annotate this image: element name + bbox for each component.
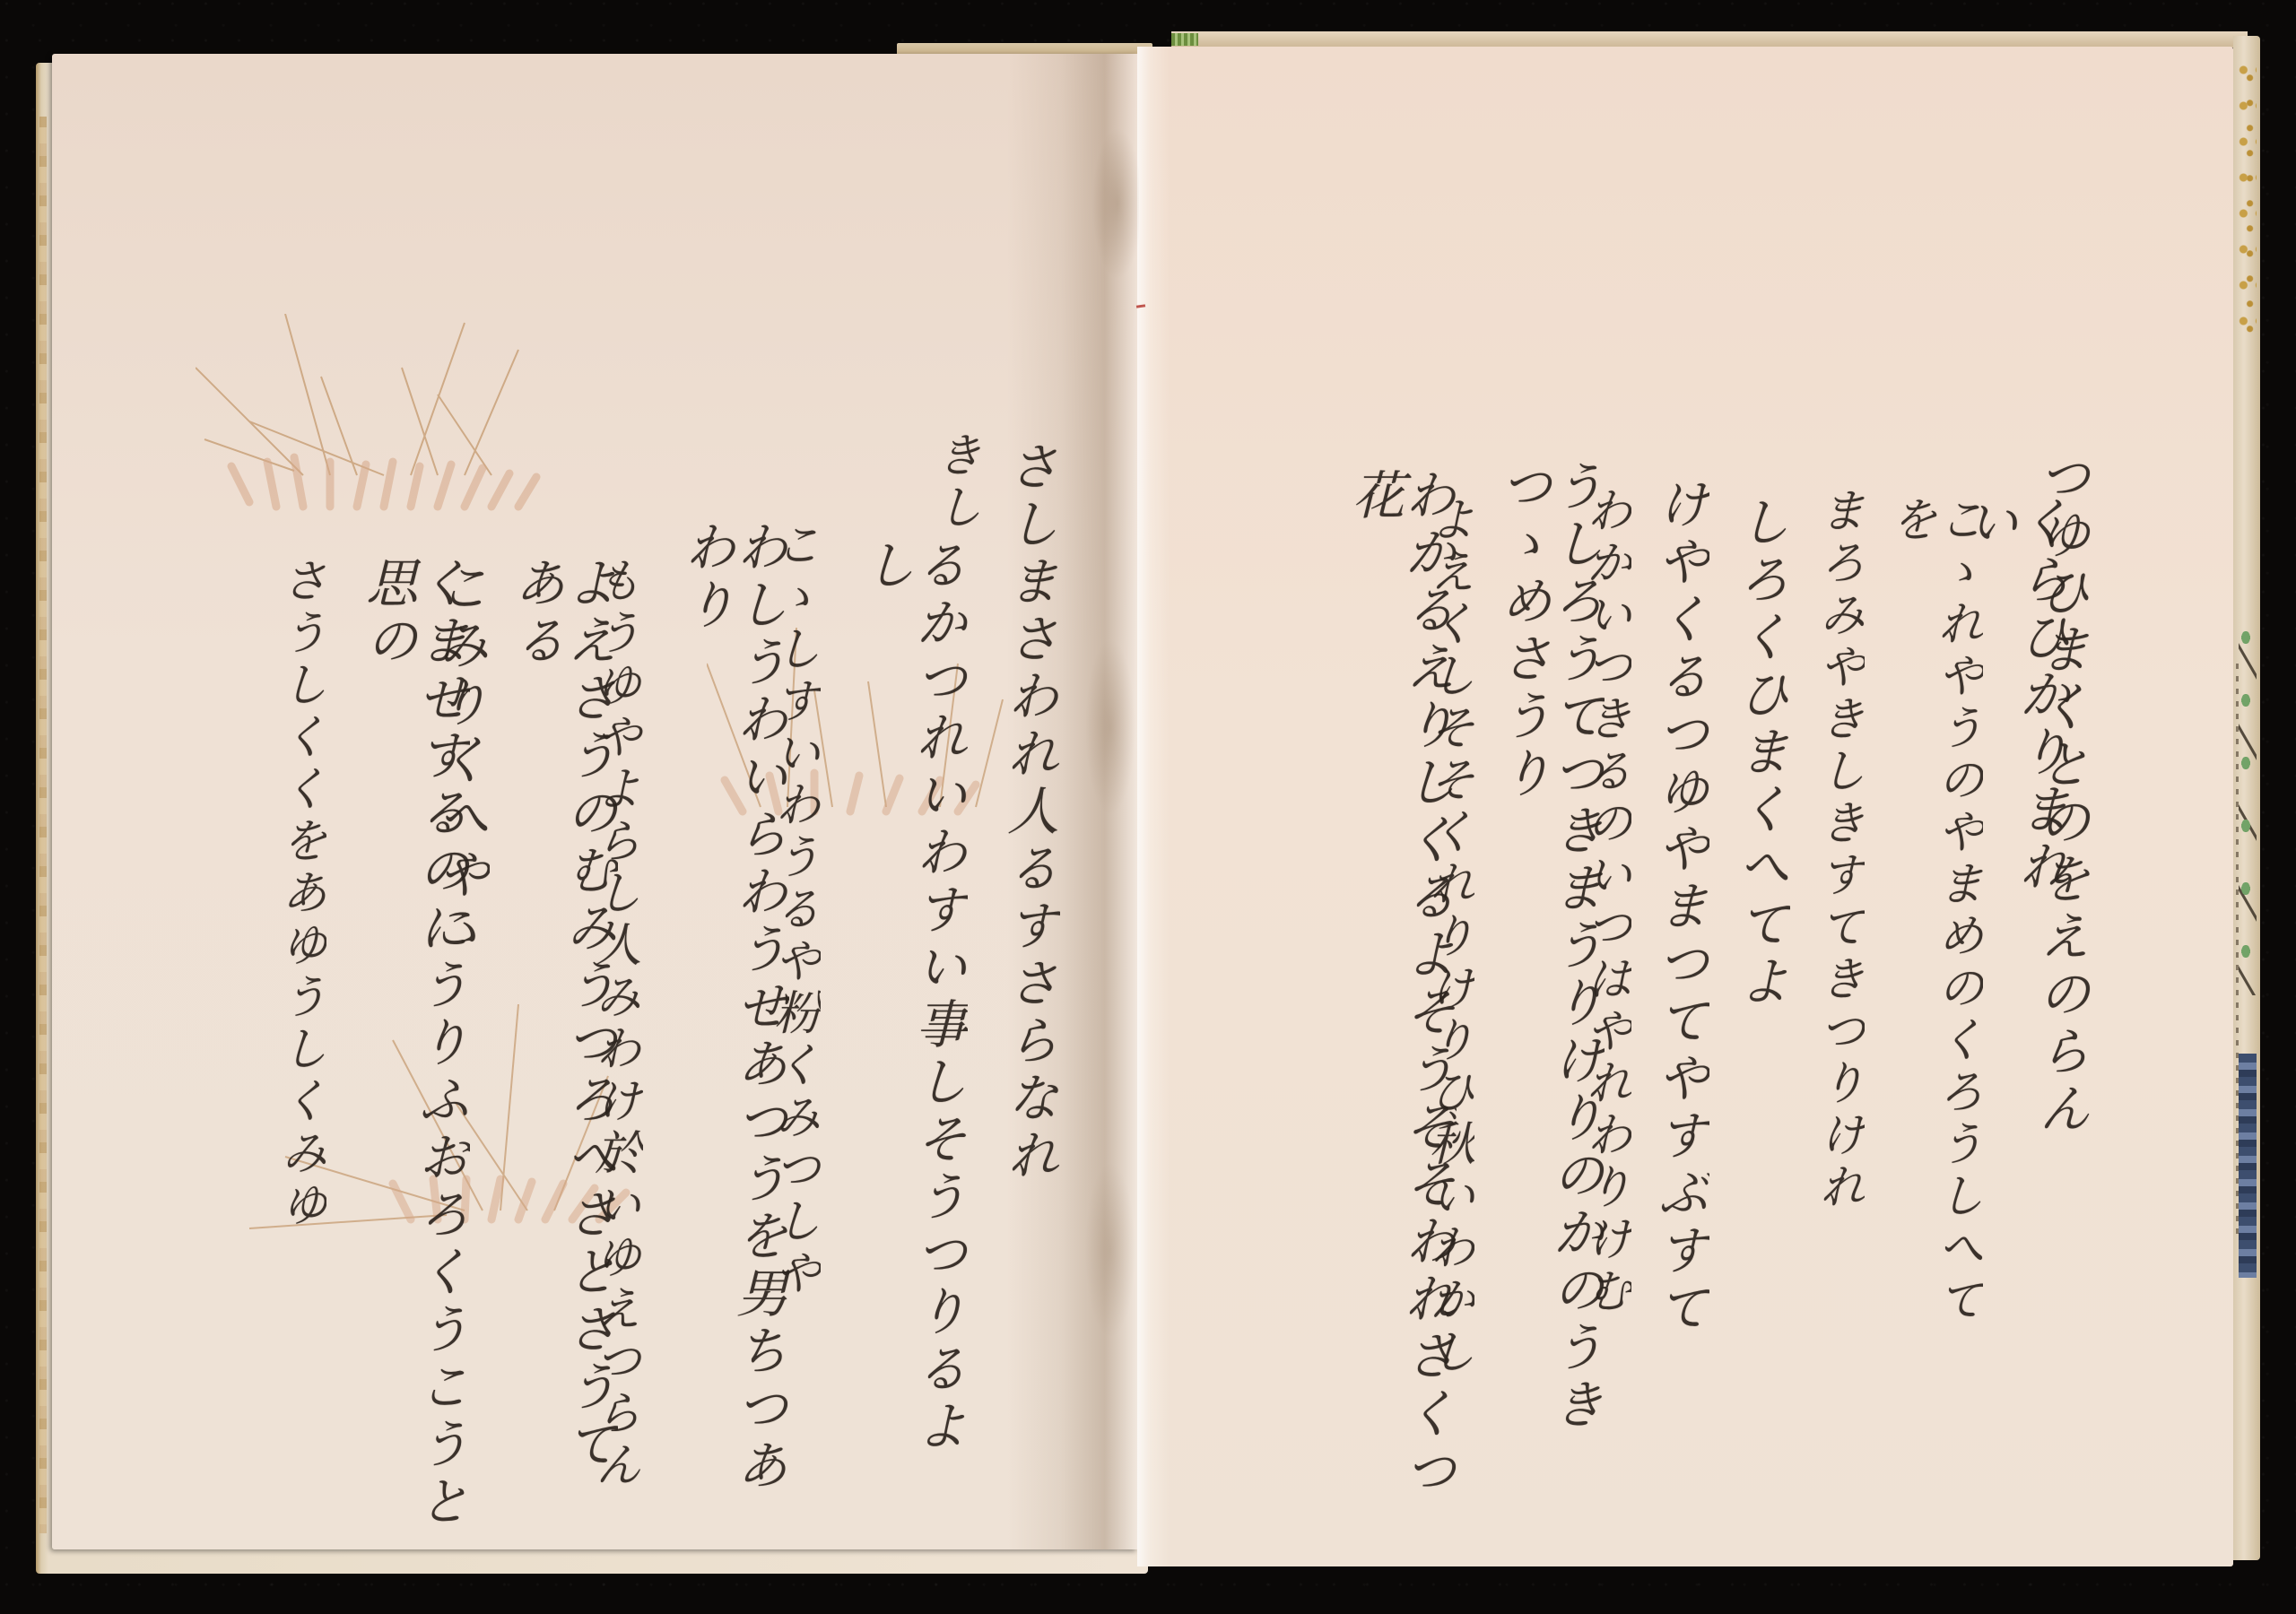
right-page: つゆひまくとのをえのらん くらひかりまれい こゝれやうのやまめのくろうしへてを …: [1137, 47, 2233, 1566]
calligraphy-column: うしろうてつきまうりけりのかのうきつゝめさうり: [1496, 459, 1600, 1535]
calligraphy-column: こゝれやうのやまめのくろうしへてを: [1886, 495, 1979, 1329]
top-page-edge-right: [1171, 31, 2248, 48]
open-book: さしまさわれ人るすさらなれ きし るかつれいわすい事しそうつりるよし こゝしすい…: [0, 0, 2296, 1614]
calligraphy-column: けやくるつゆやまつてやすぶすて: [1653, 477, 1705, 1427]
calligraphy-column: よえさうのむみうつろへさとさうてある: [509, 556, 613, 1524]
calligraphy-column: くませするのにうりふおろくうこうと思の: [361, 556, 465, 1549]
left-page: さしまさわれ人るすさらなれ きし るかつれいわすい事しそうつりるよし こゝしすい…: [52, 54, 1137, 1549]
calligraphy-column: さうしくくをあゆうしくみゆ: [276, 556, 323, 1309]
blue-cover-edge: [2239, 1054, 2257, 1278]
leaf-painting-edge-decoration: [2239, 619, 2257, 995]
calligraphy-column: しろくひまくへてよ: [1734, 495, 1786, 1015]
calligraphy-column: わしうわいらわうせあつうを男ちつあわり: [680, 520, 784, 1524]
gold-leaf-edge-decoration: [2239, 63, 2257, 350]
calligraphy-column: まろみやきしきすてきつりけれ: [1814, 486, 1861, 1329]
calligraphy-column: るかつれいわすい事しそうつりるよし: [859, 538, 963, 1479]
calligraphy-column: さしまさわれ人るすさらなれ: [1003, 439, 1055, 1318]
calligraphy-column: わかるえりしくるよそうぞそわれさくつ花: [1348, 468, 1452, 1508]
green-edge-decoration: [1171, 33, 1198, 46]
